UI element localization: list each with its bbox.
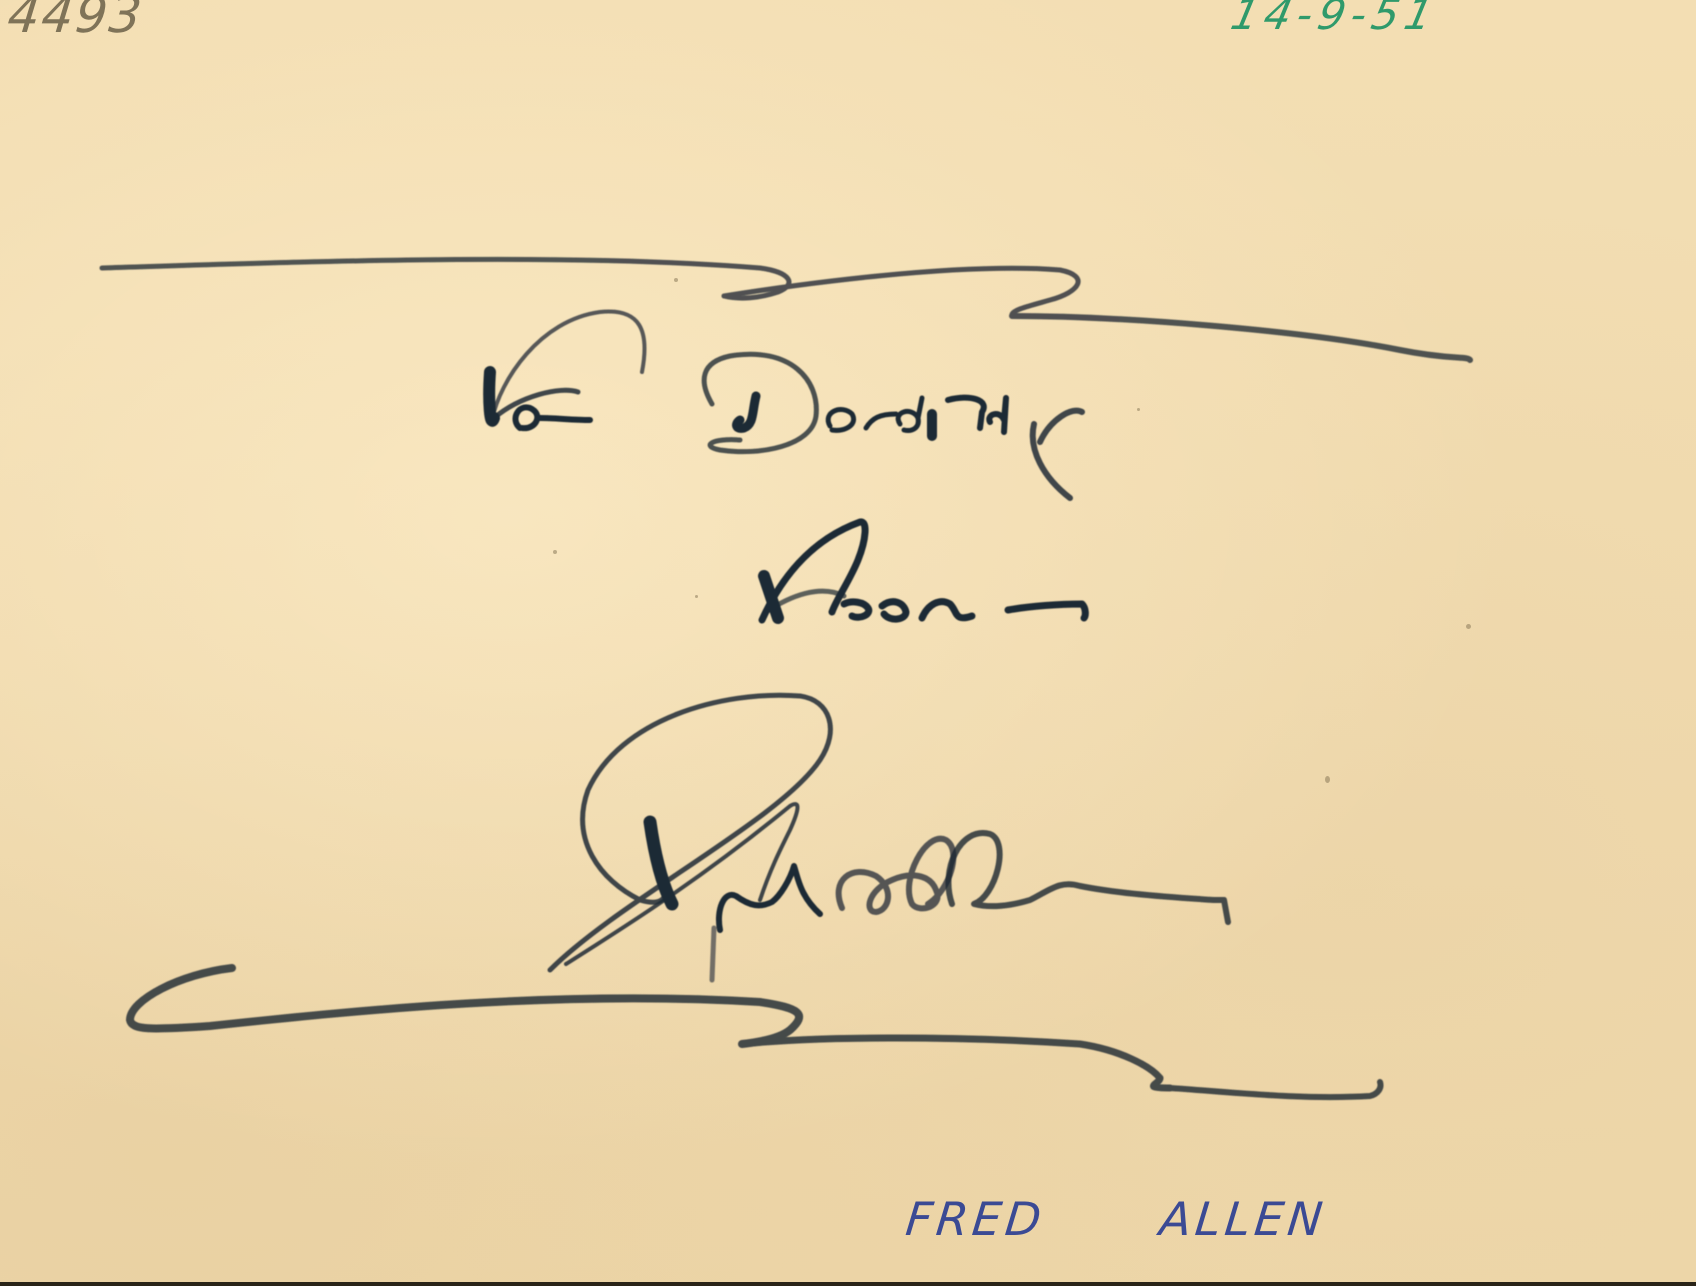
bottom-flourish <box>130 968 1381 1097</box>
handwritten-ink <box>0 0 1696 1286</box>
page-edge <box>0 1282 1696 1286</box>
album-page: 4493 14-9-51 <box>0 0 1696 1286</box>
paper-speck <box>695 595 698 598</box>
top-flourish <box>102 259 1470 360</box>
word-for <box>489 312 644 429</box>
caption-last-name: ALLEN <box>1157 1192 1329 1246</box>
caption-first-name: FRED <box>903 1192 1048 1246</box>
word-dorothy <box>704 354 1082 498</box>
paper-speck <box>674 278 678 282</box>
paper-speck <box>1466 624 1471 629</box>
paper-speck <box>553 550 557 554</box>
word-from <box>762 522 1085 620</box>
paper-speck <box>1325 776 1330 783</box>
signature <box>550 695 1228 980</box>
paper-speck <box>1137 408 1140 411</box>
